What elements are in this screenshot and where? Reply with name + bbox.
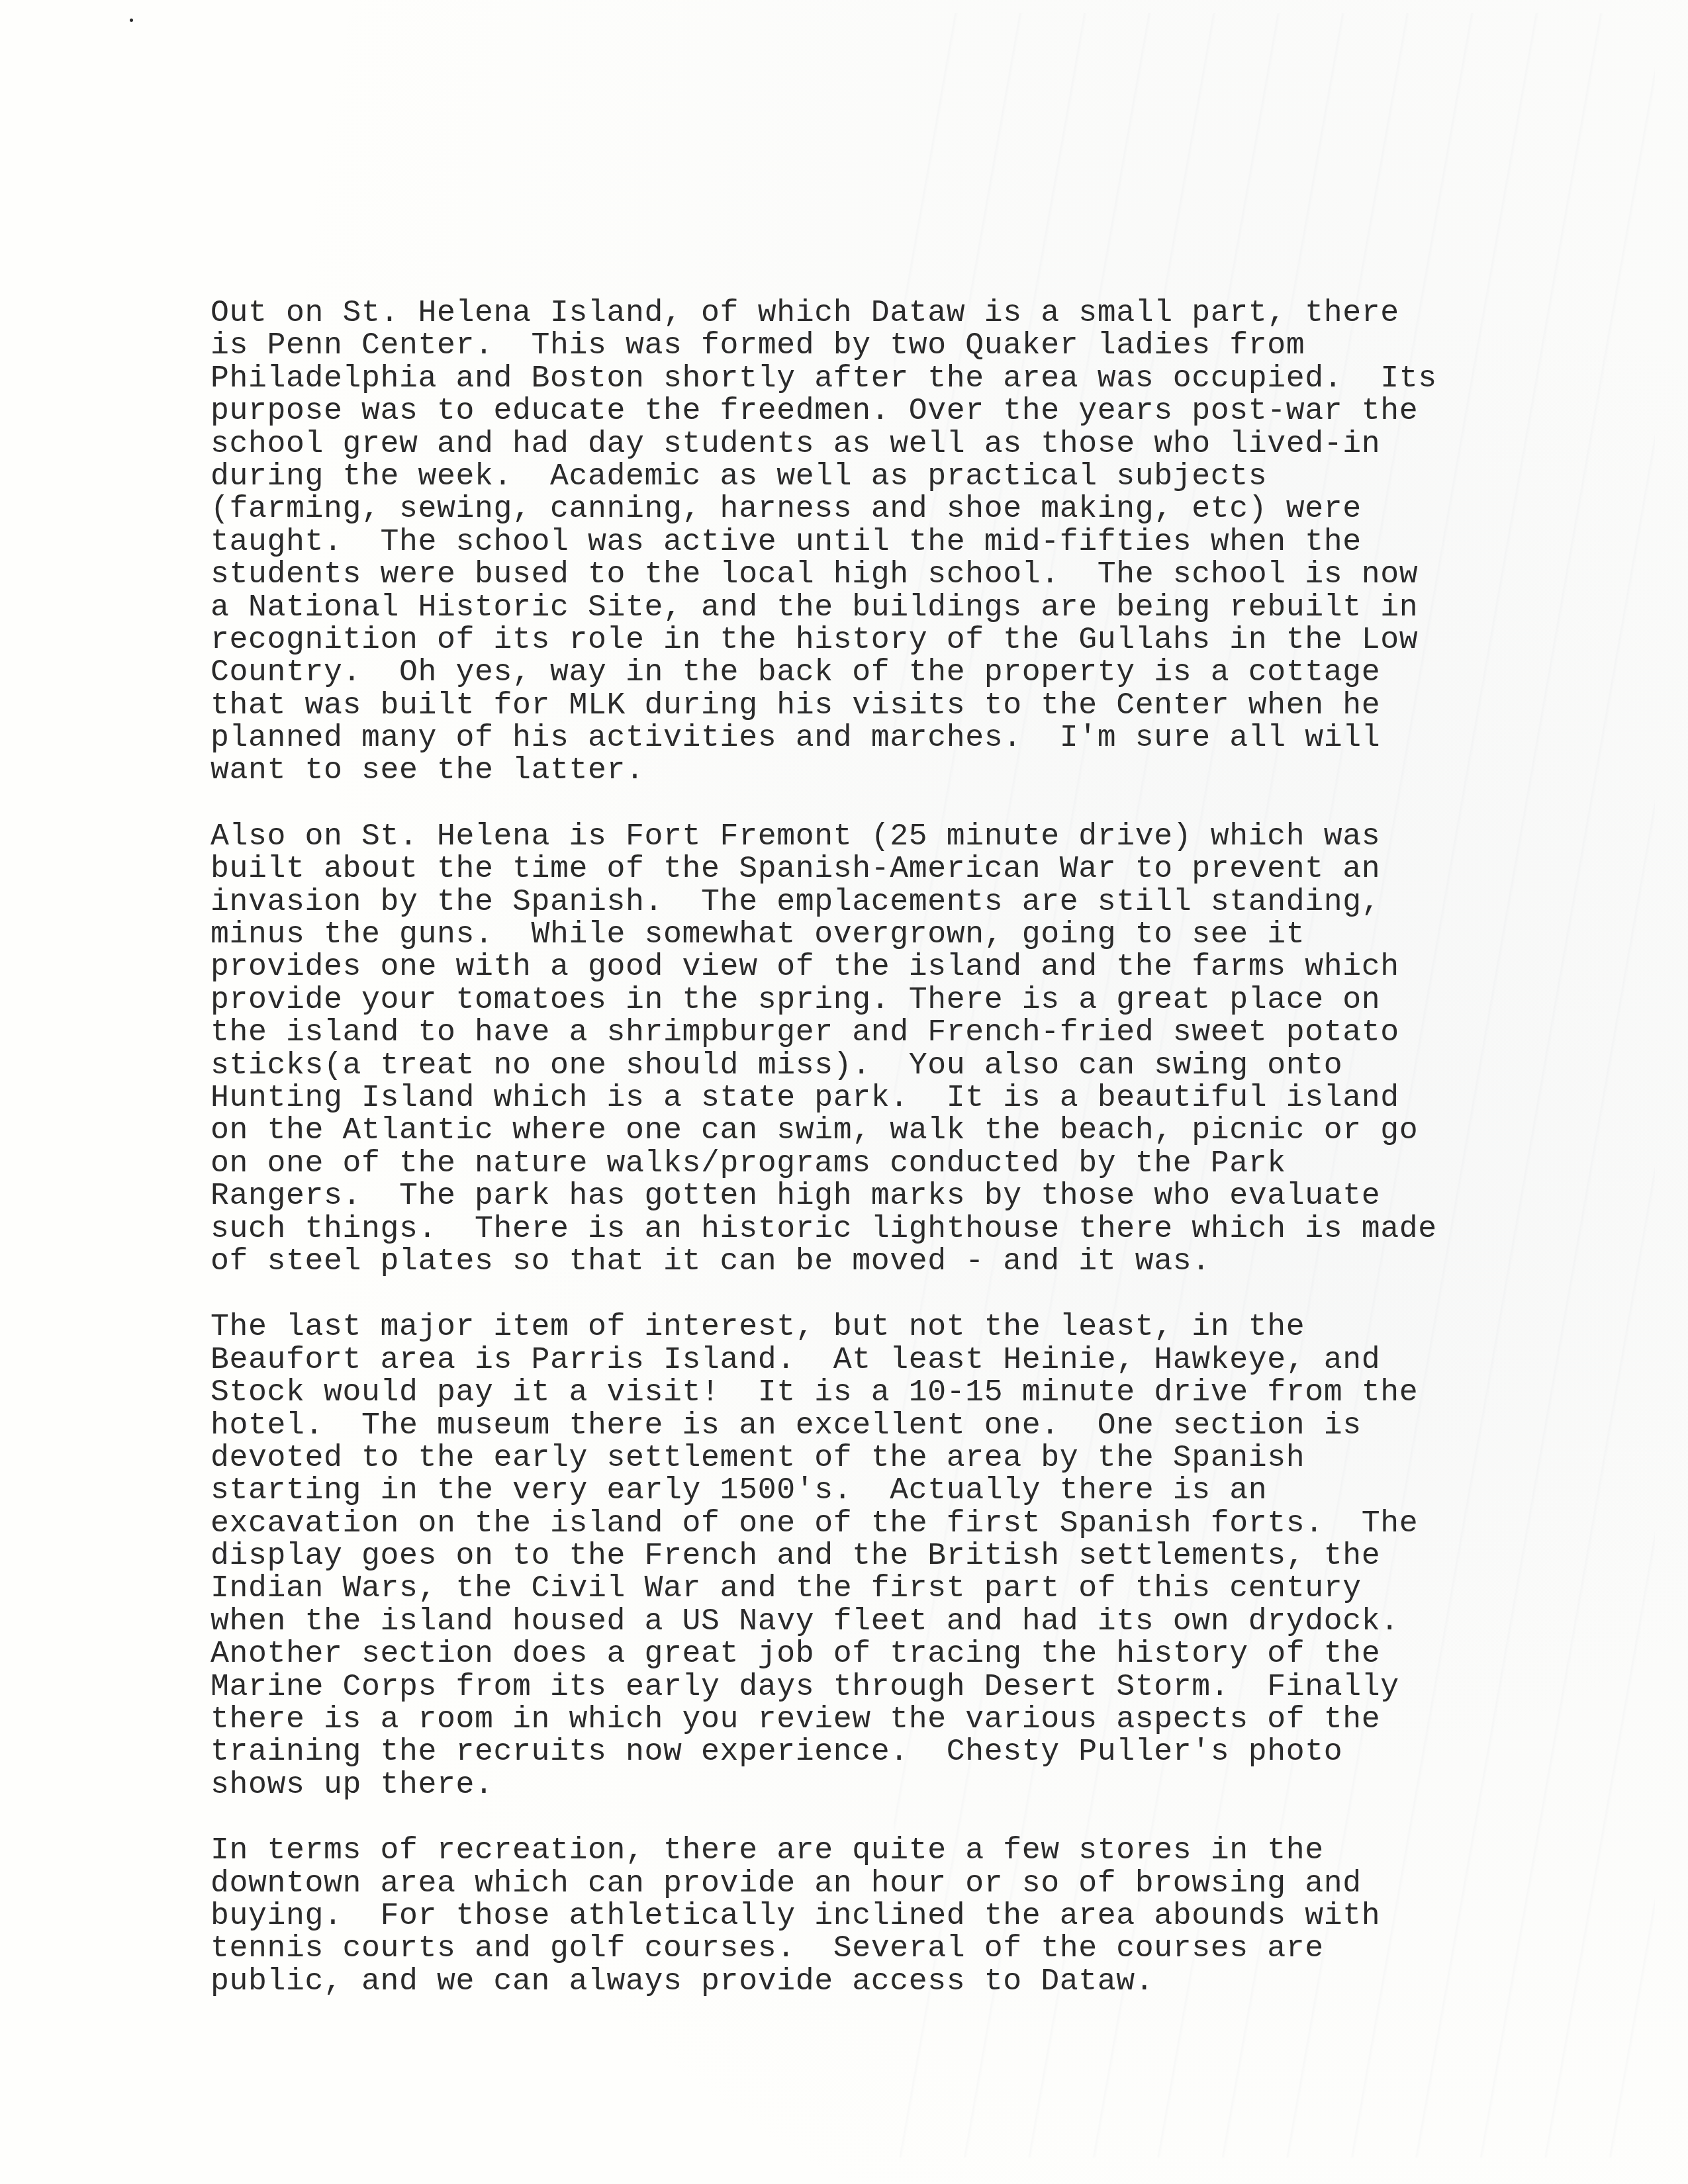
text-line: tennis courts and golf courses. Several …	[211, 1932, 1574, 1964]
scanned-page: Out on St. Helena Island, of which Dataw…	[0, 0, 1688, 2184]
paper-speck	[130, 19, 133, 22]
text-line: excavation on the island of one of the f…	[211, 1507, 1574, 1539]
text-line: hotel. The museum there is an excellent …	[211, 1409, 1574, 1441]
text-line: students were bused to the local high sc…	[211, 558, 1574, 590]
text-line: school grew and had day students as well…	[211, 428, 1574, 460]
text-line: during the week. Academic as well as pra…	[211, 460, 1574, 492]
paragraph-recreation: In terms of recreation, there are quite …	[211, 1834, 1574, 1997]
text-line: planned many of his activities and march…	[211, 721, 1574, 754]
text-line: buying. For those athletically inclined …	[211, 1899, 1574, 1932]
text-line: provides one with a good view of the isl…	[211, 950, 1574, 983]
letter-body: Out on St. Helena Island, of which Dataw…	[211, 296, 1574, 2030]
text-line: such things. There is an historic lighth…	[211, 1212, 1574, 1245]
text-line: a National Historic Site, and the buildi…	[211, 591, 1574, 623]
text-line: (farming, sewing, canning, harness and s…	[211, 492, 1574, 525]
text-line: of steel plates so that it can be moved …	[211, 1245, 1574, 1277]
paragraph-parris-island: The last major item of interest, but not…	[211, 1310, 1574, 1801]
text-line: training the recruits now experience. Ch…	[211, 1735, 1574, 1768]
text-line: purpose was to educate the freedmen. Ove…	[211, 394, 1574, 427]
text-line: is Penn Center. This was formed by two Q…	[211, 329, 1574, 361]
text-line: display goes on to the French and the Br…	[211, 1539, 1574, 1572]
text-line: the island to have a shrimpburger and Fr…	[211, 1016, 1574, 1048]
text-line: built about the time of the Spanish-Amer…	[211, 852, 1574, 885]
text-line: want to see the latter.	[211, 754, 1574, 786]
paragraph-fort-fremont: Also on St. Helena is Fort Fremont (25 m…	[211, 820, 1574, 1277]
text-line: devoted to the early settlement of the a…	[211, 1441, 1574, 1474]
text-line: invasion by the Spanish. The emplacement…	[211, 886, 1574, 918]
text-line: public, and we can always provide access…	[211, 1965, 1574, 1997]
text-line: Indian Wars, the Civil War and the first…	[211, 1572, 1574, 1604]
text-line: that was built for MLK during his visits…	[211, 689, 1574, 721]
text-line: Philadelphia and Boston shortly after th…	[211, 362, 1574, 394]
text-line: Rangers. The park has gotten high marks …	[211, 1179, 1574, 1212]
text-line: The last major item of interest, but not…	[211, 1310, 1574, 1343]
text-line: there is a room in which you review the …	[211, 1703, 1574, 1735]
text-line: taught. The school was active until the …	[211, 525, 1574, 558]
text-line: on the Atlantic where one can swim, walk…	[211, 1114, 1574, 1146]
text-line: Hunting Island which is a state park. It…	[211, 1081, 1574, 1114]
text-line: on one of the nature walks/programs cond…	[211, 1147, 1574, 1179]
text-line: Out on St. Helena Island, of which Dataw…	[211, 296, 1574, 329]
text-line: when the island housed a US Navy fleet a…	[211, 1605, 1574, 1637]
text-line: minus the guns. While somewhat overgrown…	[211, 918, 1574, 950]
text-line: Also on St. Helena is Fort Fremont (25 m…	[211, 820, 1574, 852]
text-line: Country. Oh yes, way in the back of the …	[211, 656, 1574, 688]
text-line: In terms of recreation, there are quite …	[211, 1834, 1574, 1866]
text-line: downtown area which can provide an hour …	[211, 1867, 1574, 1899]
text-line: Beaufort area is Parris Island. At least…	[211, 1343, 1574, 1376]
text-line: provide your tomatoes in the spring. The…	[211, 983, 1574, 1016]
text-line: Stock would pay it a visit! It is a 10-1…	[211, 1376, 1574, 1408]
text-line: starting in the very early 1500's. Actua…	[211, 1474, 1574, 1506]
text-line: Marine Corps from its early days through…	[211, 1670, 1574, 1703]
text-line: recognition of its role in the history o…	[211, 623, 1574, 656]
paragraph-penn-center: Out on St. Helena Island, of which Dataw…	[211, 296, 1574, 787]
text-line: sticks(a treat no one should miss). You …	[211, 1049, 1574, 1081]
text-line: shows up there.	[211, 1768, 1574, 1801]
text-line: Another section does a great job of trac…	[211, 1637, 1574, 1670]
